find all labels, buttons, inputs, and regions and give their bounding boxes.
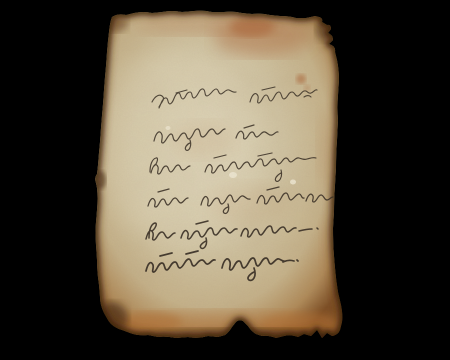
paper-grain-texture (88, 8, 348, 352)
manuscript-photo (0, 0, 450, 360)
photo-stage (0, 0, 450, 360)
parchment-sheet (88, 8, 352, 352)
paper-aging-layers (88, 8, 352, 352)
